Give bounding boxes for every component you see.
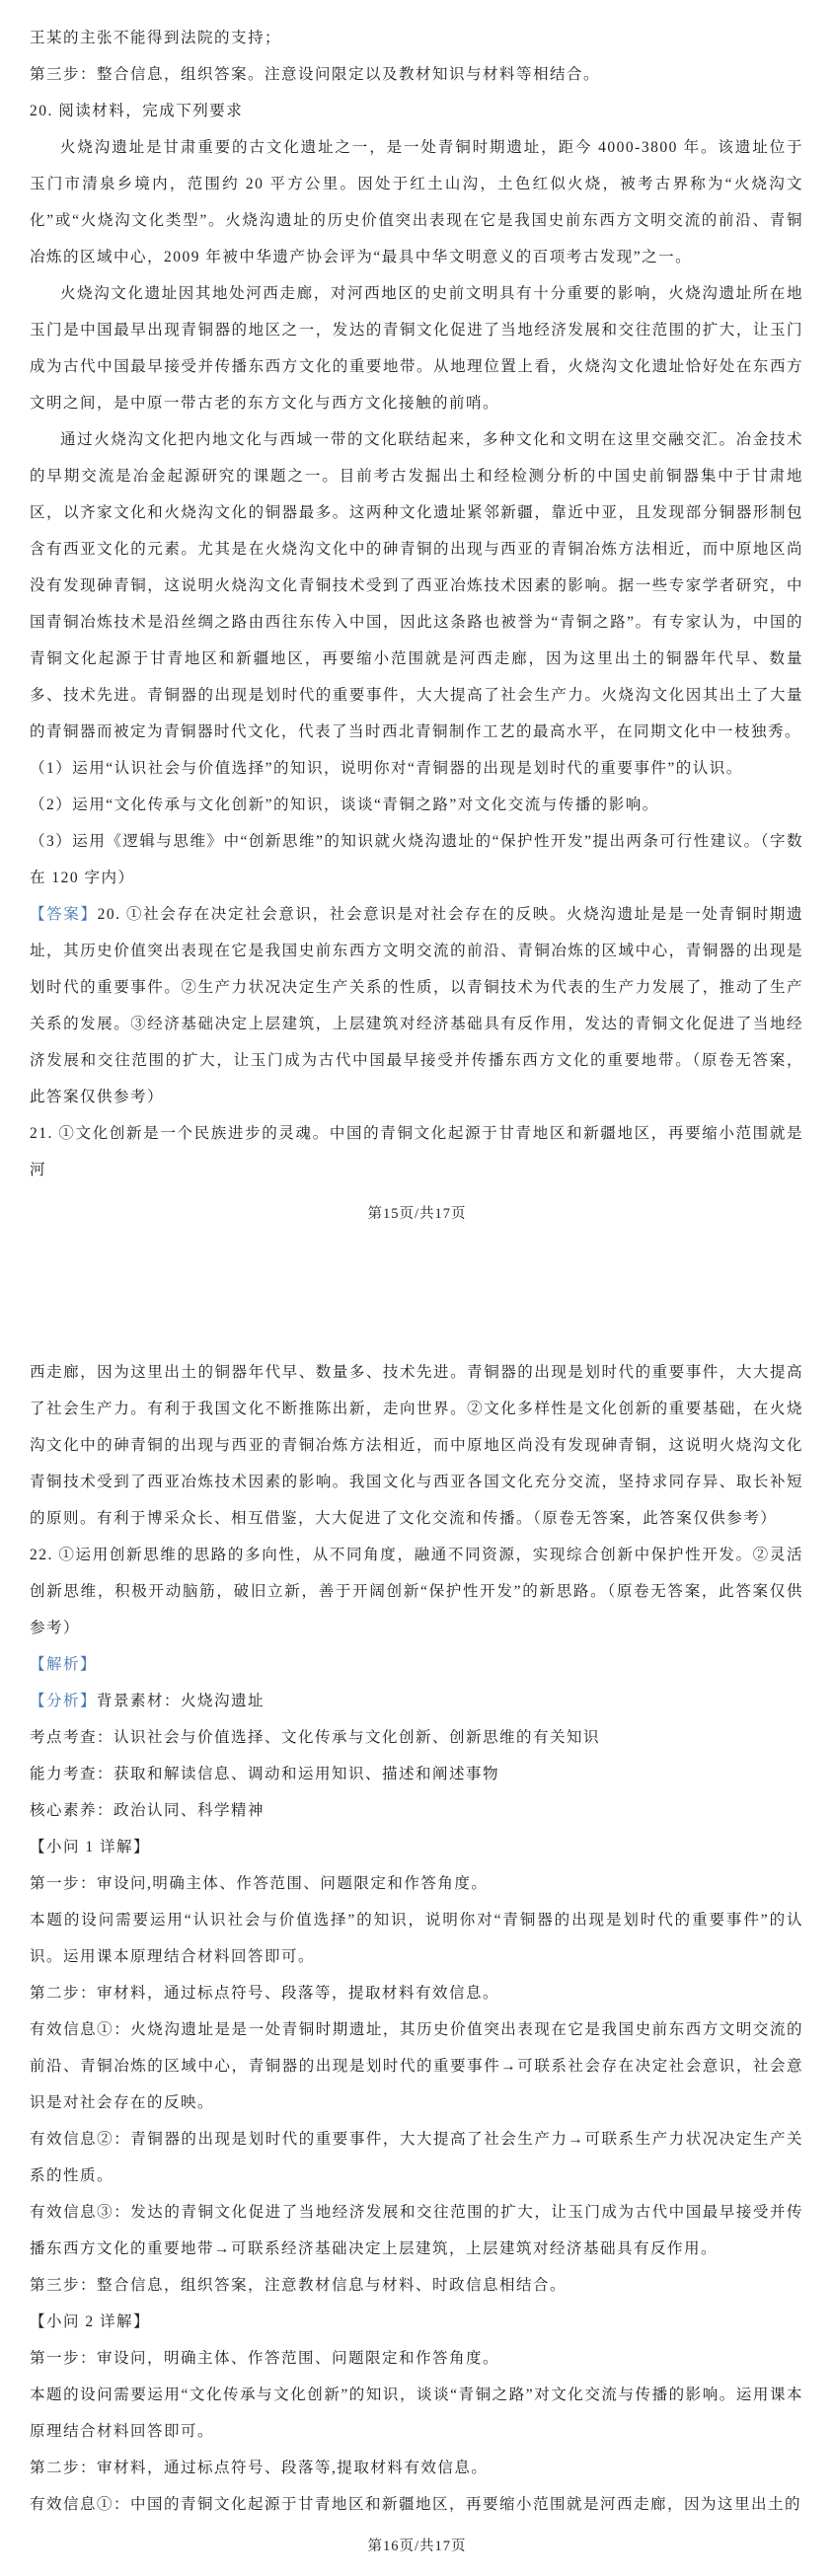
material-paragraph-3: 通过火烧沟文化把内地文化与西域一带的文化联结起来，多种文化和文明在这里交融交汇。… bbox=[30, 421, 803, 750]
prior-answer-tail-line: 王某的主张不能得到法院的支持； bbox=[30, 20, 803, 56]
sq2-step1-body: 本题的设问需要运用“文化传承与文化创新”的知识，谈谈“青铜之路”对文化交流与传播… bbox=[30, 2377, 803, 2450]
subquestion-1-detail-heading: 【小问 1 详解】 bbox=[30, 1829, 803, 1865]
answer-21-start: 21. ①文化创新是一个民族进步的灵魂。中国的青铜文化起源于甘青地区和新疆地区，… bbox=[30, 1115, 803, 1188]
sub-question-1: （1）运用“认识社会与价值选择”的知识，说明你对“青铜器的出现是划时代的重要事件… bbox=[30, 750, 803, 787]
sq1-step3-line: 第三步：整合信息，组织答案，注意教材信息与材料、时政信息相结合。 bbox=[30, 2267, 803, 2304]
ability-test-line: 能力考查：获取和解读信息、调动和运用知识、描述和阐述事物 bbox=[30, 1756, 803, 1792]
sq1-step1-line: 第一步：审设问,明确主体、作答范围、问题限定和作答角度。 bbox=[30, 1865, 803, 1902]
answer-21-continued: 西走廊，因为这里出土的铜器年代早、数量多、技术先进。青铜器的出现是划时代的重要事… bbox=[30, 1354, 803, 1537]
step3-line: 第三步：整合信息，组织答案。注意设问限定以及教材知识与材料等相结合。 bbox=[30, 56, 803, 93]
core-literacy-line: 核心素养：政治认同、科学精神 bbox=[30, 1792, 803, 1829]
bracket-section-label: 【分析】 bbox=[30, 1693, 97, 1709]
sq2-step1-line: 第一步：审设问，明确主体、作答范围、问题限定和作答角度。 bbox=[30, 2340, 803, 2377]
sq1-info-3: 有效信息③：发达的青铜文化促进了当地经济发展和交往范围的扩大，让玉门成为古代中国… bbox=[30, 2194, 803, 2267]
sub-question-2: （2）运用“文化传承与文化创新”的知识，谈谈“青铜之路”对文化交流与传播的影响。 bbox=[30, 787, 803, 823]
sq1-info-1: 有效信息①：火烧沟遗址是是一处青铜时期遗址，其历史价值突出表现在它是我国史前东西… bbox=[30, 2011, 803, 2121]
analysis-section-label: 【解析】 bbox=[30, 1646, 803, 1683]
sq1-step2-line: 第二步：审材料，通过标点符号、段落等，提取材料有效信息。 bbox=[30, 1975, 803, 2011]
page-15-content: 王某的主张不能得到法院的支持；第三步：整合信息，组织答案。注意设问限定以及教材知… bbox=[30, 20, 803, 1188]
question-20-heading: 20. 阅读材料，完成下列要求 bbox=[30, 93, 803, 129]
sq2-info-1: 有效信息①：中国的青铜文化起源于甘青地区和新疆地区，再要缩小范围就是河西走廊，因… bbox=[30, 2486, 803, 2523]
bracket-section-label: 【解析】 bbox=[30, 1656, 97, 1673]
material-paragraph-2: 火烧沟文化遗址因其地处河西走廊，对河西地区的史前文明具有十分重要的影响，火烧沟遗… bbox=[30, 275, 803, 421]
answer-20: 【答案】20. ①社会存在决定社会意识，社会意识是对社会存在的反映。火烧沟遗址是… bbox=[30, 896, 803, 1115]
sq1-step1-body: 本题的设问需要运用“认识社会与价值选择”的知识，说明你对“青铜器的出现是划时代的… bbox=[30, 1902, 803, 1975]
material-paragraph-1: 火烧沟遗址是甘肃重要的古文化遗址之一，是一处青铜时期遗址，距今 4000-380… bbox=[30, 129, 803, 275]
analysis-background: 【分析】背景素材：火烧沟遗址 bbox=[30, 1683, 803, 1719]
sub-question-3: （3）运用《逻辑与思维》中“创新思维”的知识就火烧沟遗址的“保护性开发”提出两条… bbox=[30, 823, 803, 896]
page-16-content: 西走廊，因为这里出土的铜器年代早、数量多、技术先进。青铜器的出现是划时代的重要事… bbox=[30, 1354, 803, 2523]
sq2-step2-line: 第二步：审材料，通过标点符号、段落等,提取材料有效信息。 bbox=[30, 2450, 803, 2486]
sq1-info-2: 有效信息②：青铜器的出现是划时代的重要事件，大大提高了社会生产力→可联系生产力状… bbox=[30, 2121, 803, 2194]
exam-points-line: 考点考查：认识社会与价值选择、文化传承与文化创新、创新思维的有关知识 bbox=[30, 1719, 803, 1756]
subquestion-2-detail-heading: 【小问 2 详解】 bbox=[30, 2304, 803, 2340]
answer-22: 22. ①运用创新思维的思路的多向性，从不同角度，融通不同资源，实现综合创新中保… bbox=[30, 1537, 803, 1646]
bracket-section-label: 【答案】 bbox=[30, 906, 98, 923]
page-15-footer: 第15页/共17页 bbox=[0, 1202, 834, 1223]
page-16-footer: 第16页/共17页 bbox=[0, 2535, 834, 2555]
